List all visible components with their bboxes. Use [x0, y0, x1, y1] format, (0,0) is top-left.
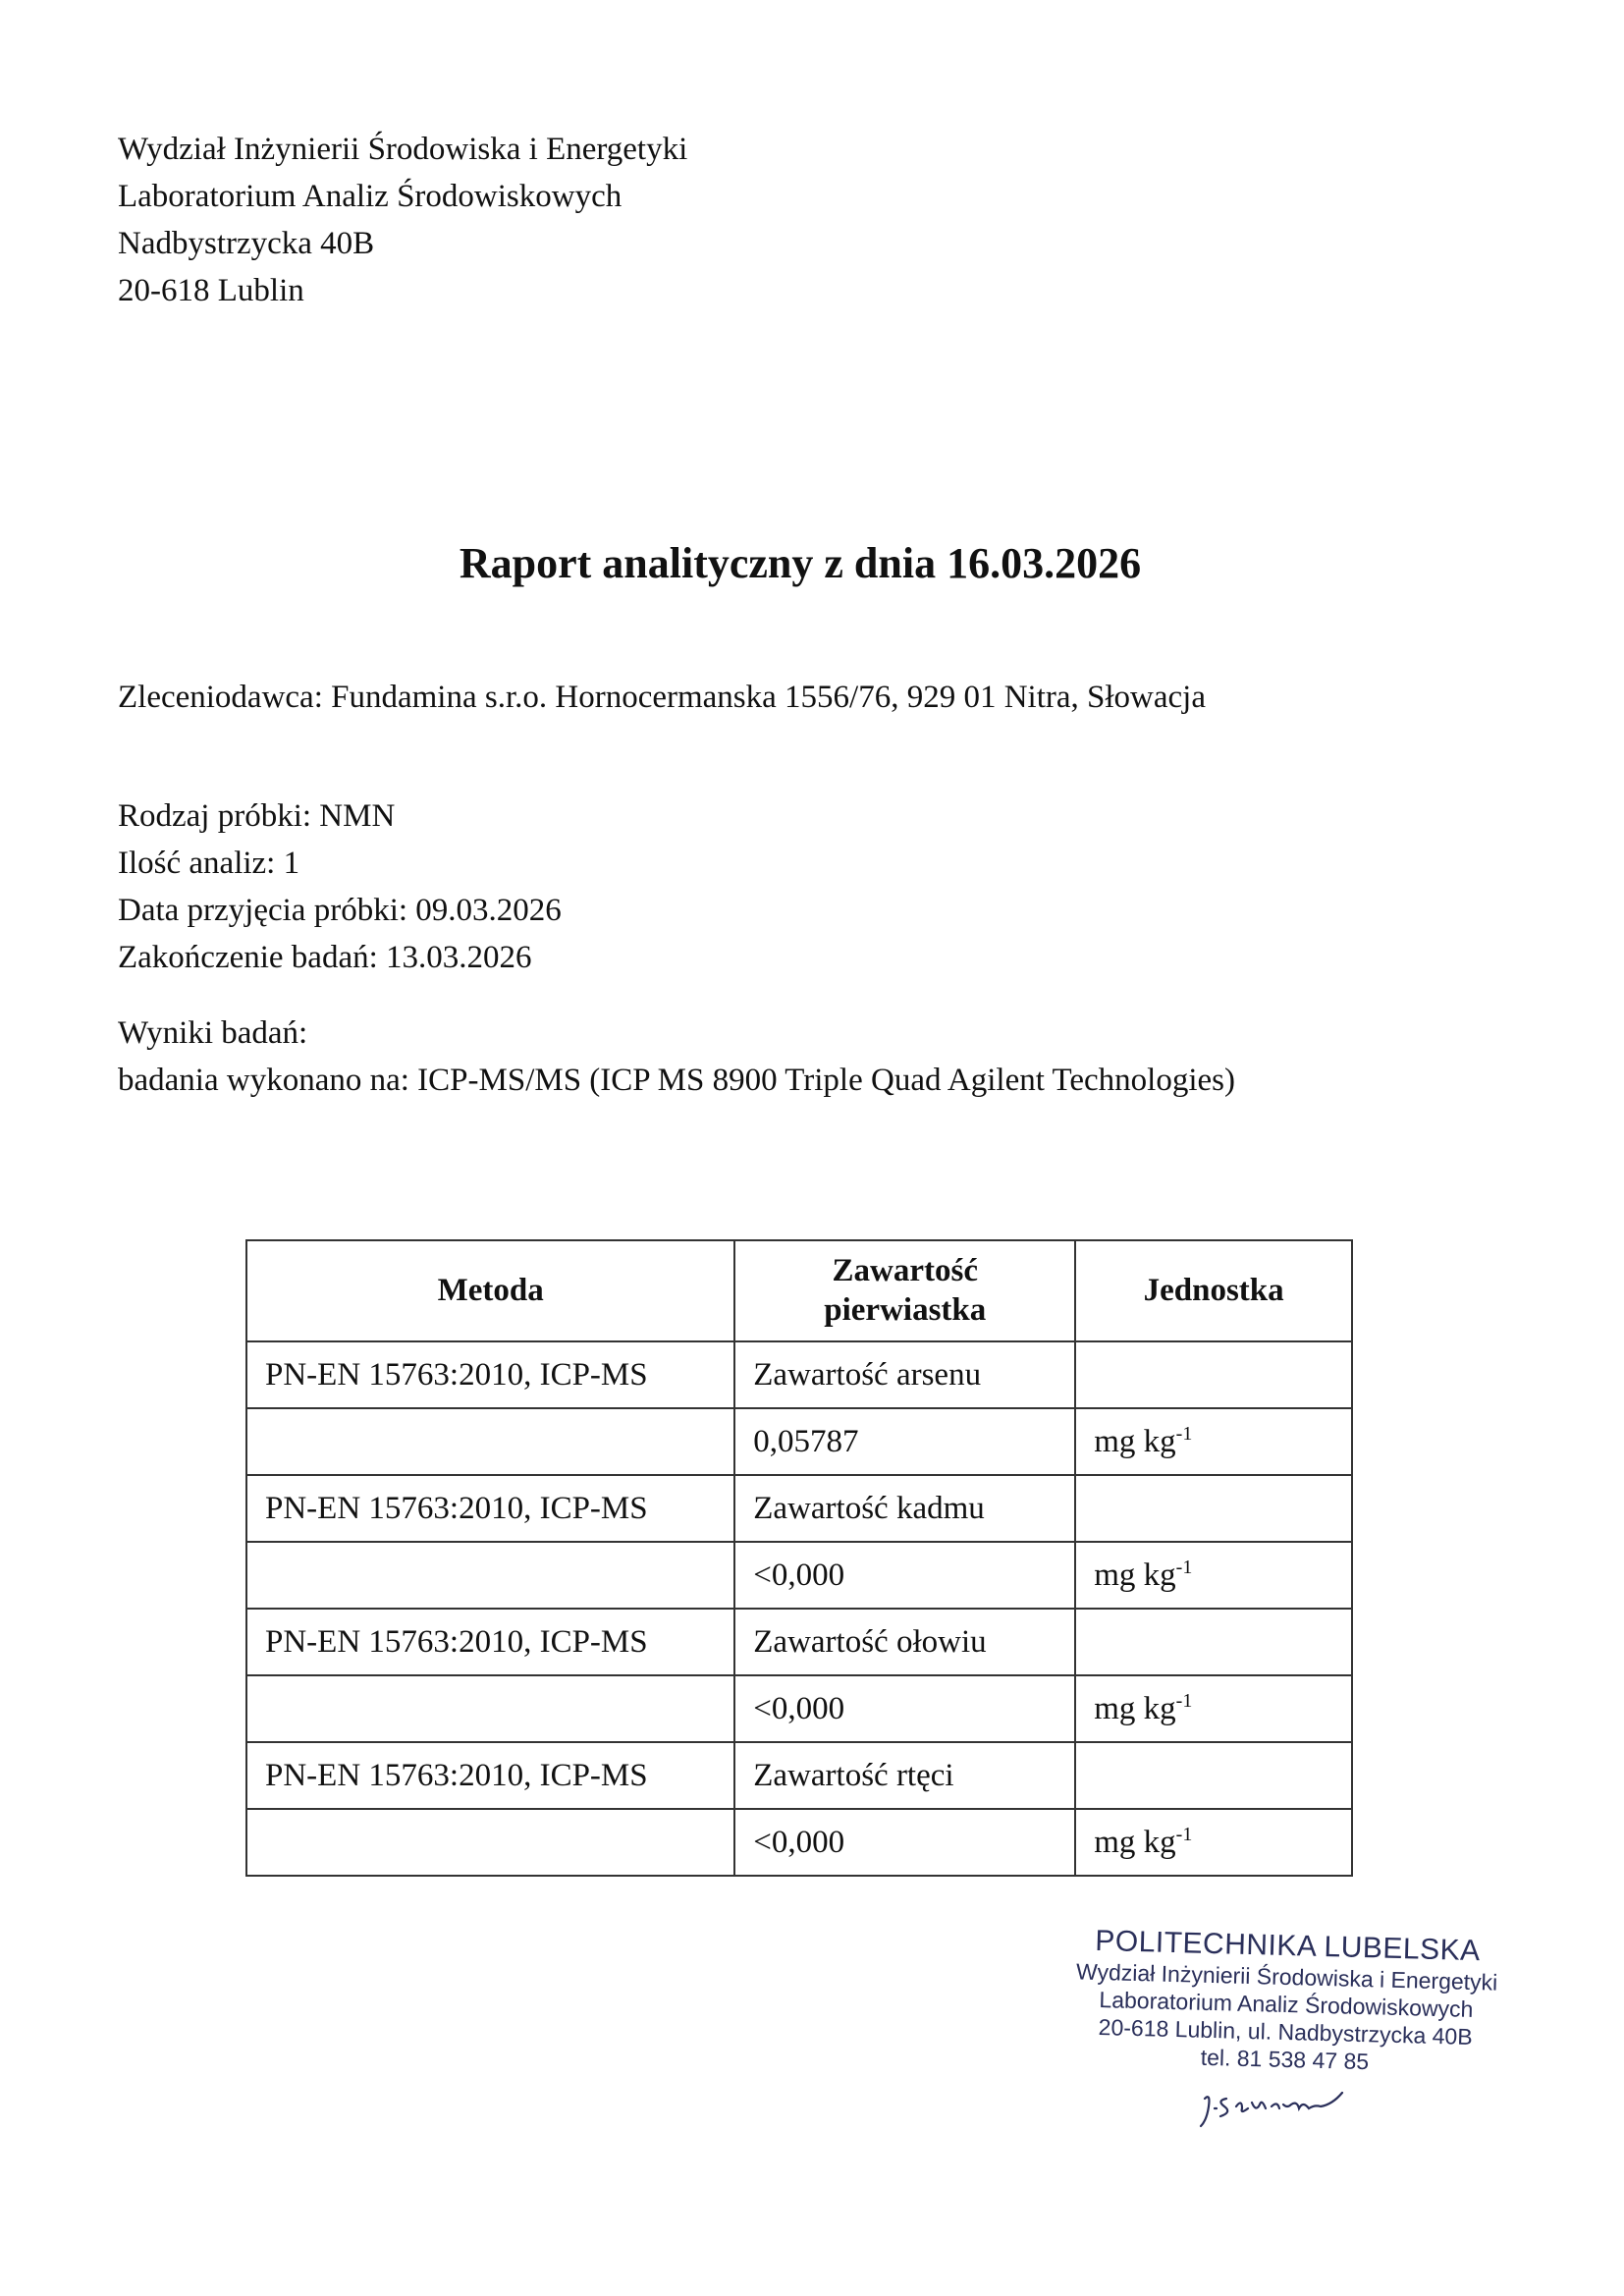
element-cell: Zawartość ołowiu: [734, 1609, 1075, 1675]
unit-cell: mg kg-1: [1075, 1542, 1352, 1609]
header-method: Metoda: [246, 1240, 734, 1341]
results-table: Metoda Zawartość pierwiastka Jednostka P…: [245, 1239, 1353, 1877]
sample-received-date: Data przyjęcia próbki: 09.03.2026: [118, 895, 562, 927]
empty-cell: [246, 1809, 734, 1876]
empty-cell: [1075, 1742, 1352, 1809]
analysis-end-date: Zakończenie badań: 13.03.2026: [118, 942, 532, 974]
element-cell: Zawartość arsenu: [734, 1341, 1075, 1408]
empty-cell: [246, 1542, 734, 1609]
unit-text: mg kg: [1094, 1558, 1175, 1593]
header-element-content: Zawartość pierwiastka: [734, 1240, 1075, 1341]
table-row: PN-EN 15763:2010, ICP-MSZawartość ołowiu: [246, 1609, 1352, 1675]
table-row: <0,000mg kg-1: [246, 1675, 1352, 1742]
unit-exponent: -1: [1176, 1423, 1193, 1445]
table-row: <0,000mg kg-1: [246, 1542, 1352, 1609]
results-heading: Wyniki badań:: [118, 1017, 307, 1050]
table-row: PN-EN 15763:2010, ICP-MSZawartość kadmu: [246, 1475, 1352, 1542]
unit-exponent: -1: [1176, 1557, 1193, 1578]
header-unit: Jednostka: [1075, 1240, 1352, 1341]
sample-type: Rodzaj próbki: NMN: [118, 800, 395, 833]
method-cell: PN-EN 15763:2010, ICP-MS: [246, 1475, 734, 1542]
unit-cell: mg kg-1: [1075, 1408, 1352, 1475]
unit-exponent: -1: [1176, 1690, 1193, 1712]
empty-cell: [1075, 1341, 1352, 1408]
value-cell: 0,05787: [734, 1408, 1075, 1475]
empty-cell: [1075, 1475, 1352, 1542]
table-row: <0,000mg kg-1: [246, 1809, 1352, 1876]
empty-cell: [246, 1408, 734, 1475]
value-cell: <0,000: [734, 1542, 1075, 1609]
table-header-row: Metoda Zawartość pierwiastka Jednostka: [246, 1240, 1352, 1341]
table-row: 0,05787mg kg-1: [246, 1408, 1352, 1475]
address-line: Wydział Inżynierii Środowiska i Energety…: [118, 134, 687, 166]
unit-cell: mg kg-1: [1075, 1809, 1352, 1876]
method-cell: PN-EN 15763:2010, ICP-MS: [246, 1609, 734, 1675]
address-line: Laboratorium Analiz Środowiskowych: [118, 181, 622, 213]
unit-text: mg kg: [1094, 1424, 1175, 1459]
value-cell: <0,000: [734, 1809, 1075, 1876]
unit-text: mg kg: [1094, 1825, 1175, 1860]
table-row: PN-EN 15763:2010, ICP-MSZawartość rtęci: [246, 1742, 1352, 1809]
unit-exponent: -1: [1176, 1824, 1193, 1845]
address-line: Nadbystrzycka 40B: [118, 228, 374, 260]
address-line: 20-618 Lublin: [118, 275, 304, 307]
unit-cell: mg kg-1: [1075, 1675, 1352, 1742]
element-cell: Zawartość rtęci: [734, 1742, 1075, 1809]
empty-cell: [1075, 1609, 1352, 1675]
report-title: Raport analityczny z dnia 16.03.2026: [0, 542, 1600, 585]
method-cell: PN-EN 15763:2010, ICP-MS: [246, 1742, 734, 1809]
institution-stamp: POLITECHNIKA LUBELSKA Wydział Inżynierii…: [1049, 1924, 1524, 2080]
table-row: PN-EN 15763:2010, ICP-MSZawartość arsenu: [246, 1341, 1352, 1408]
signature-icon: [1193, 2077, 1389, 2136]
empty-cell: [246, 1675, 734, 1742]
instrument-info: badania wykonano na: ICP-MS/MS (ICP MS 8…: [118, 1065, 1235, 1097]
value-cell: <0,000: [734, 1675, 1075, 1742]
element-cell: Zawartość kadmu: [734, 1475, 1075, 1542]
header-element-content-label: Zawartość pierwiastka: [792, 1252, 1018, 1330]
client-info: Zleceniodawca: Fundamina s.r.o. Hornocer…: [118, 682, 1206, 714]
analysis-count: Ilość analiz: 1: [118, 847, 299, 880]
unit-text: mg kg: [1094, 1691, 1175, 1726]
method-cell: PN-EN 15763:2010, ICP-MS: [246, 1341, 734, 1408]
